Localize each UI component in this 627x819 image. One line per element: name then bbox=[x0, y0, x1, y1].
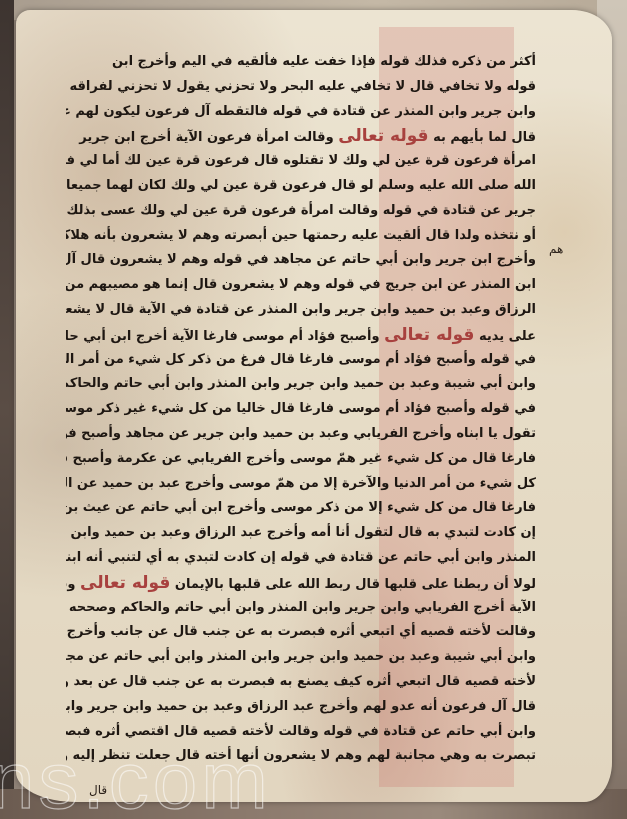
manuscript-line: فارغا قال من كل شيء غير همّ موسى وأخرج ا… bbox=[66, 447, 536, 472]
manuscript-line: لولا أن ربطنا على قلبها قال ربط الله على… bbox=[66, 571, 536, 596]
manuscript-line: إن كادت لتبدي به قال لتقول أنا أمه وأخرج… bbox=[66, 521, 536, 546]
line-text: ابن المنذر عن ابن جريج في قوله وهم لا يش… bbox=[66, 277, 536, 292]
manuscript-line: قوله ولا تخافي قال لا تخافي عليه البحر و… bbox=[66, 75, 536, 100]
margin-note: هم bbox=[549, 242, 563, 256]
manuscript-line: الآية أخرج الفريابي وابن جرير وابن المنذ… bbox=[66, 596, 536, 621]
line-text: قال لما بأيهم به bbox=[433, 130, 536, 145]
manuscript-line: وابن أبي حاتم عن قتادة في قوله وقالت لأخ… bbox=[66, 720, 536, 745]
manuscript-line: الله صلى الله عليه وسلم لو قال فرعون قرة… bbox=[66, 174, 536, 199]
line-text-continued: وأصبح فؤاد أم موسى فارغا الآية أخرج ابن … bbox=[66, 329, 380, 344]
manuscript-line: كل شيء من أمر الدنيا والآخرة إلا من همّ … bbox=[66, 472, 536, 497]
line-text: كل شيء من أمر الدنيا والآخرة إلا من همّ … bbox=[66, 476, 536, 491]
rubric-heading: قوله تعالى bbox=[384, 325, 474, 345]
line-text: وابن أبي شيبة وعبد بن حميد وابن جرير واب… bbox=[66, 376, 536, 391]
manuscript-line: وابن أبي شيبة وعبد بن حميد وابن جرير واب… bbox=[66, 372, 536, 397]
manuscript-line: وأخرج ابن جرير وابن أبي حاتم عن مجاهد في… bbox=[66, 248, 536, 273]
line-text: تبصرت به وهي مجانبة لهم وهم لا يشعرون أن… bbox=[66, 748, 536, 763]
manuscript-page: أكثر من ذكره فذلك قوله فإذا خفت عليه فأل… bbox=[16, 10, 612, 802]
line-text: الله صلى الله عليه وسلم لو قال فرعون قرة… bbox=[66, 178, 536, 193]
line-text: أكثر من ذكره فذلك قوله فإذا خفت عليه فأل… bbox=[112, 54, 536, 69]
manuscript-line: ابن المنذر عن ابن جريج في قوله وهم لا يش… bbox=[66, 273, 536, 298]
manuscript-line: تقول يا ابناه وأخرج الفريابي وعبد بن حمي… bbox=[66, 422, 536, 447]
line-text: إن كادت لتبدي به قال لتقول أنا أمه وأخرج… bbox=[66, 525, 536, 540]
line-text: وابن جرير وابن المنذر عن قتادة في قوله ف… bbox=[66, 104, 536, 119]
photo-backdrop-left bbox=[0, 0, 14, 819]
line-text-continued: وقالت امرأة فرعون الآية أخرج ابن جرير bbox=[79, 130, 333, 145]
line-text: لأخته قصيه قال اتبعي أثره كيف يصنع به فب… bbox=[66, 674, 536, 689]
manuscript-line: وقالت لأخته قصيه أي اتبعي أثره فبصرت به … bbox=[66, 620, 536, 645]
manuscript-line: امرأة فرعون قرة عين لي ولك لا تقتلوه قال… bbox=[66, 149, 536, 174]
line-text: قوله ولا تخافي قال لا تخافي عليه البحر و… bbox=[66, 79, 536, 94]
manuscript-line: فارغا قال من كل شيء إلا من ذكر موسى وأخر… bbox=[66, 496, 536, 521]
line-text: على يديه bbox=[479, 329, 536, 344]
manuscript-line: أو نتخذه ولدا قال ألقيت عليه رحمتها حين … bbox=[66, 224, 536, 249]
manuscript-line: في قوله وأصبح فؤاد أم موسى فارغا قال خال… bbox=[66, 397, 536, 422]
manuscript-text-block: أكثر من ذكره فذلك قوله فإذا خفت عليه فأل… bbox=[66, 50, 536, 769]
line-text: في قوله وأصبح فؤاد أم موسى فارغا قال فرغ… bbox=[66, 352, 536, 367]
manuscript-line: في قوله وأصبح فؤاد أم موسى فارغا قال فرغ… bbox=[66, 348, 536, 373]
manuscript-line: قال لما بأيهم به قوله تعالى وقالت امرأة … bbox=[66, 124, 536, 149]
rubric-heading: قوله تعالى bbox=[80, 573, 170, 593]
line-text: المنذر وابن أبي حاتم عن قتادة في قوله إن… bbox=[66, 550, 536, 565]
manuscript-line: جرير عن قتادة في قوله وقالت امرأة فرعون … bbox=[66, 199, 536, 224]
manuscript-line: أكثر من ذكره فذلك قوله فإذا خفت عليه فأل… bbox=[66, 50, 536, 75]
manuscript-line: قال آل فرعون أنه عدو لهم وأخرج عبد الرزا… bbox=[66, 695, 536, 720]
manuscript-line: وابن جرير وابن المنذر عن قتادة في قوله ف… bbox=[66, 100, 536, 125]
catchword: قال bbox=[89, 783, 107, 797]
line-text: وابن أبي حاتم عن قتادة في قوله وقالت لأخ… bbox=[66, 724, 536, 739]
line-text: أو نتخذه ولدا قال ألقيت عليه رحمتها حين … bbox=[66, 228, 536, 243]
rubric-heading: قوله تعالى bbox=[338, 126, 428, 146]
line-text: قال آل فرعون أنه عدو لهم وأخرج عبد الرزا… bbox=[66, 699, 536, 714]
line-text: لولا أن ربطنا على قلبها قال ربط الله على… bbox=[175, 577, 536, 592]
line-text-continued: وقالت لأخته قصيه bbox=[66, 577, 75, 592]
line-text: فارغا قال من كل شيء إلا من ذكر موسى وأخر… bbox=[66, 500, 536, 515]
manuscript-line: وابن أبي شيبة وعبد بن حميد وابن جرير واب… bbox=[66, 645, 536, 670]
line-text: وابن أبي شيبة وعبد بن حميد وابن جرير واب… bbox=[66, 649, 536, 664]
line-text: الرزاق وعبد بن حميد وابن جرير وابن المنذ… bbox=[66, 302, 536, 317]
line-text: وأخرج ابن جرير وابن أبي حاتم عن مجاهد في… bbox=[66, 252, 536, 267]
line-text: وقالت لأخته قصيه أي اتبعي أثره فبصرت به … bbox=[66, 624, 536, 639]
manuscript-line: على يديه قوله تعالى وأصبح فؤاد أم موسى ف… bbox=[66, 323, 536, 348]
line-text: تقول يا ابناه وأخرج الفريابي وعبد بن حمي… bbox=[66, 426, 536, 441]
line-text: في قوله وأصبح فؤاد أم موسى فارغا قال خال… bbox=[66, 401, 536, 416]
line-text: الآية أخرج الفريابي وابن جرير وابن المنذ… bbox=[66, 600, 536, 615]
manuscript-line: تبصرت به وهي مجانبة لهم وهم لا يشعرون أن… bbox=[66, 744, 536, 769]
line-text: فارغا قال من كل شيء غير همّ موسى وأخرج ا… bbox=[66, 451, 536, 466]
manuscript-line: الرزاق وعبد بن حميد وابن جرير وابن المنذ… bbox=[66, 298, 536, 323]
manuscript-line: لأخته قصيه قال اتبعي أثره كيف يصنع به فب… bbox=[66, 670, 536, 695]
line-text: امرأة فرعون قرة عين لي ولك لا تقتلوه قال… bbox=[66, 153, 536, 168]
line-text: جرير عن قتادة في قوله وقالت امرأة فرعون … bbox=[66, 203, 536, 218]
manuscript-line: المنذر وابن أبي حاتم عن قتادة في قوله إن… bbox=[66, 546, 536, 571]
